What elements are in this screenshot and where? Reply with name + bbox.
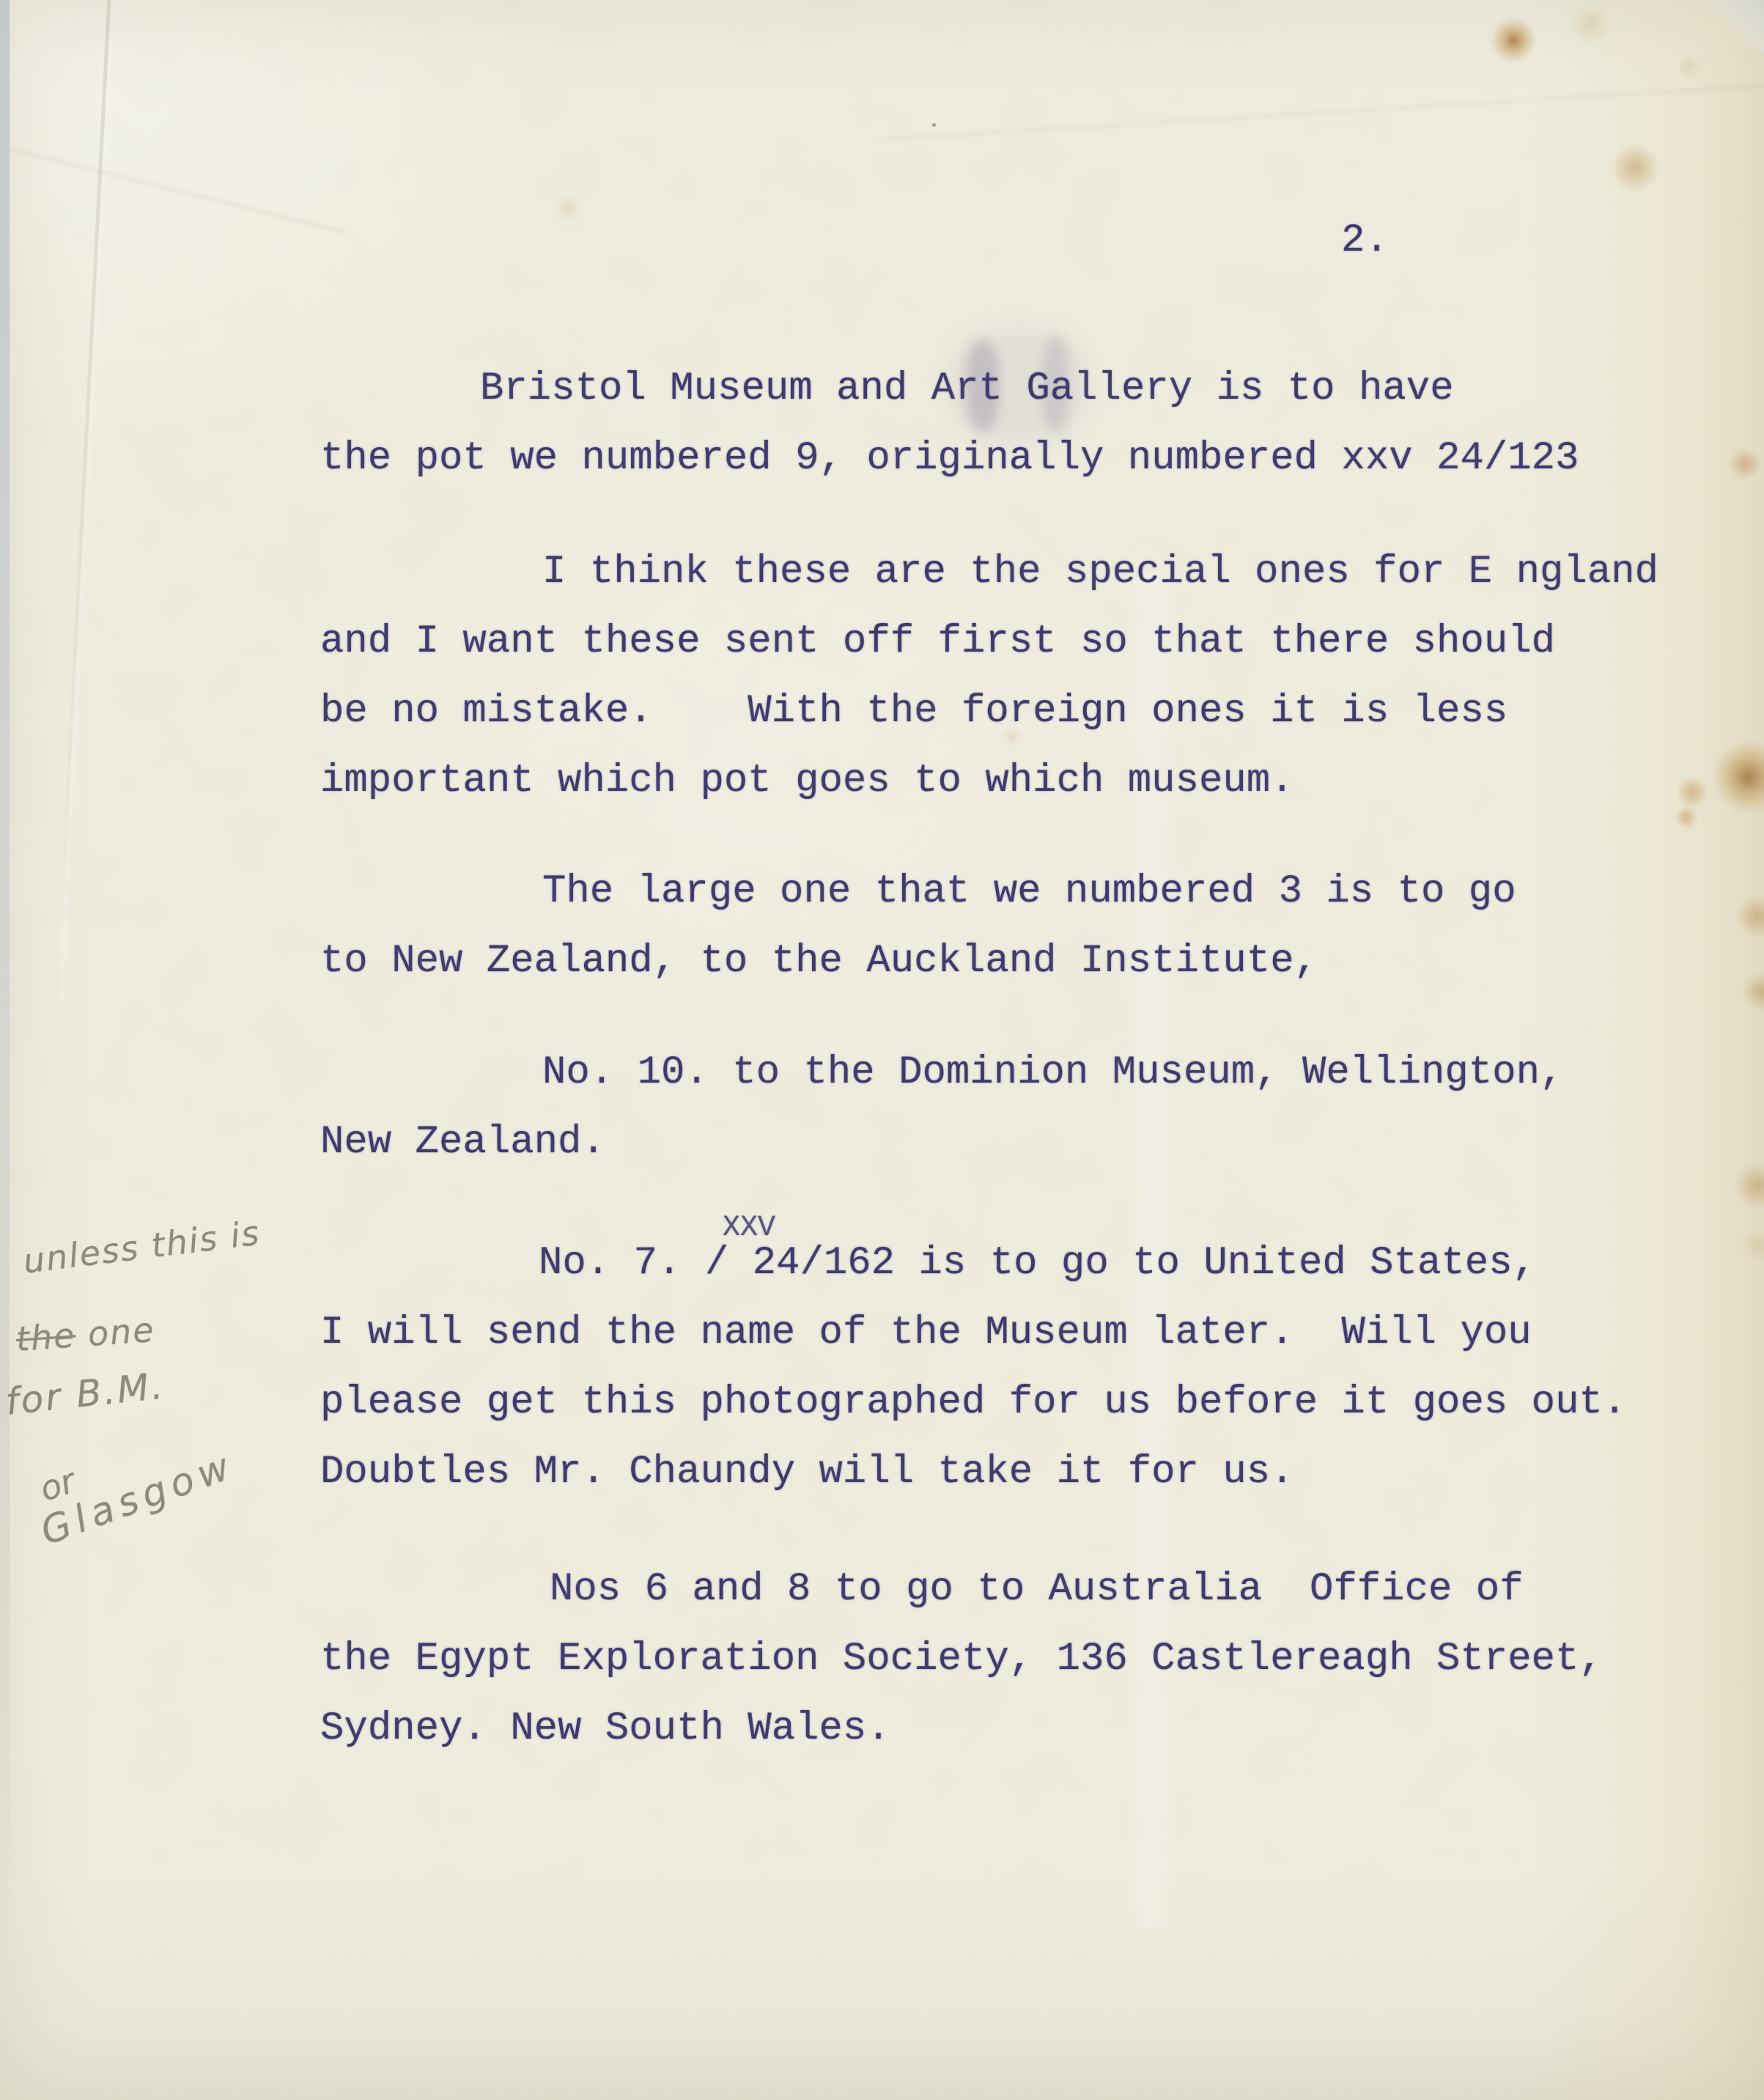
foxing-stain (556, 195, 580, 220)
typed-line: please get this photographed for us befo… (320, 1383, 1626, 1423)
typed-line: important which pot goes to which museum… (320, 762, 1294, 801)
typed-line: Sydney. New South Wales. (320, 1709, 890, 1749)
typed-line: the pot we numbered 9, originally number… (320, 439, 1579, 479)
paper-speck (932, 123, 936, 127)
fold-crease (0, 143, 347, 235)
margin-note-line: unless this is (21, 1213, 262, 1281)
margin-note-word: one (74, 1310, 156, 1355)
typed-line: I think these are the special ones for E… (542, 553, 1658, 592)
typed-line: No. 10. to the Dominion Museum, Wellingt… (542, 1053, 1563, 1093)
foxing-stain (1675, 806, 1697, 828)
page-number: 2. (1341, 221, 1389, 261)
fold-crease (55, 0, 112, 1003)
fold-crease (880, 82, 1764, 141)
typed-line: No. 7. / 24/162 is to go to United State… (539, 1244, 1536, 1283)
scanner-edge (0, 0, 10, 2100)
foxing-stain (1491, 18, 1535, 62)
foxing-stain (1612, 145, 1658, 191)
document-page: 2. Bristol Museum and Art Gallery is to … (0, 0, 1764, 2100)
struck-word: the (15, 1315, 77, 1359)
typed-line: be no mistake. With the foreign ones it … (320, 692, 1507, 732)
typed-line: New Zealand. (320, 1123, 605, 1163)
typed-line: The large one that we numbered 3 is to g… (542, 872, 1516, 912)
foxing-stain (1713, 742, 1764, 812)
foxing-stain (1678, 55, 1700, 77)
foxing-stain (1735, 1164, 1764, 1208)
margin-note-line: for B.M. (4, 1364, 167, 1423)
typed-line: the Egypt Exploration Society, 136 Castl… (320, 1640, 1603, 1679)
foxing-stain (1677, 777, 1708, 808)
interline-correction: XXV (723, 1214, 775, 1243)
typed-line: and I want these sent off first so that … (320, 622, 1555, 662)
typed-line: I will send the name of the Museum later… (320, 1314, 1532, 1353)
foxing-stain (1572, 6, 1609, 43)
foxing-stain (1743, 1230, 1764, 1261)
typed-line: to New Zealand, to the Auckland Institut… (320, 942, 1318, 981)
bent-corner (1694, 0, 1764, 53)
typed-line: Nos 6 and 8 to go to Australia Office of (550, 1570, 1524, 1610)
typed-line: Doubtles Mr. Chaundy will take it for us… (320, 1453, 1294, 1492)
typed-line: Bristol Museum and Art Gallery is to hav… (480, 369, 1454, 409)
margin-note-line: the one (15, 1310, 156, 1359)
foxing-stain (1730, 449, 1760, 479)
foxing-stain (1743, 973, 1764, 1010)
foxing-stain (1737, 896, 1764, 937)
